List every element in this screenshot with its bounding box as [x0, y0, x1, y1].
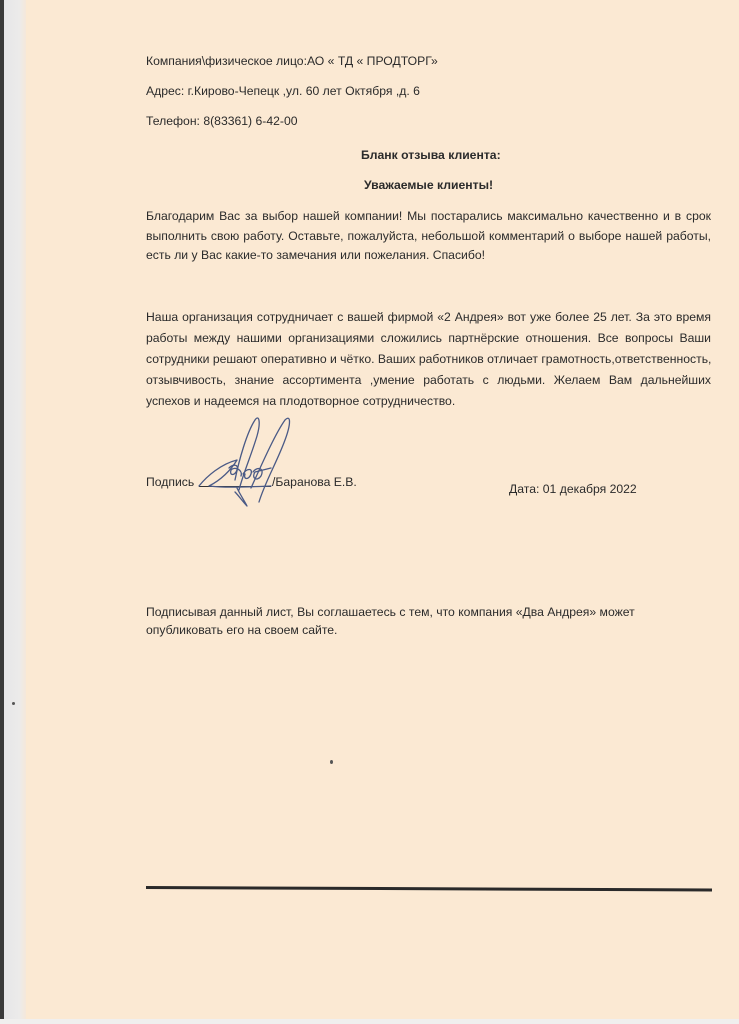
consent-line: Подписывая данный лист, Вы соглашаетесь … [146, 605, 635, 620]
date-line: Дата: 01 декабря 2022 [509, 482, 637, 497]
intro-line: выполнить свою работу. Оставьте, пожалуй… [146, 227, 711, 247]
phone-line: Телефон: 8(83361) 6-42-00 [146, 114, 298, 129]
feedback-line: отзывчивость, знание ассортимента ,умени… [146, 370, 711, 391]
consent-line: опубликовать его на своем сайте. [146, 623, 337, 638]
signer-name: /Баранова Е.В. [272, 475, 357, 490]
feedback-line: сотрудники решают оперативно и чётко. Ва… [146, 349, 711, 370]
feedback-line: работы между нашими организациями сложил… [146, 328, 711, 349]
form-title: Бланк отзыва клиента: [361, 148, 501, 163]
scan-speck [330, 760, 333, 764]
feedback-line: успехов и надеемся на плодотворное сотру… [146, 391, 711, 412]
feedback-paragraph: Наша организация сотрудничает с вашей фи… [146, 307, 711, 412]
address-line: Адрес: г.Кирово-Чепецк ,ул. 60 лет Октяб… [146, 84, 420, 99]
scan-speck [12, 702, 15, 705]
intro-line: Благодарим Вас за выбор нашей компании! … [146, 207, 711, 227]
intro-paragraph: Благодарим Вас за выбор нашей компании! … [146, 207, 711, 266]
greeting: Уважаемые клиенты! [364, 178, 493, 193]
feedback-line: Наша организация сотрудничает с вашей фи… [146, 307, 711, 328]
scan-edge-light [4, 0, 26, 1024]
intro-line: есть ли у Вас какие-то замечания или пож… [146, 246, 711, 266]
company-line: Компания\физическое лицо:АО « ТД « ПРОДТ… [146, 54, 438, 69]
handwritten-signature [185, 410, 300, 510]
scan-bottom-edge [0, 1019, 739, 1024]
